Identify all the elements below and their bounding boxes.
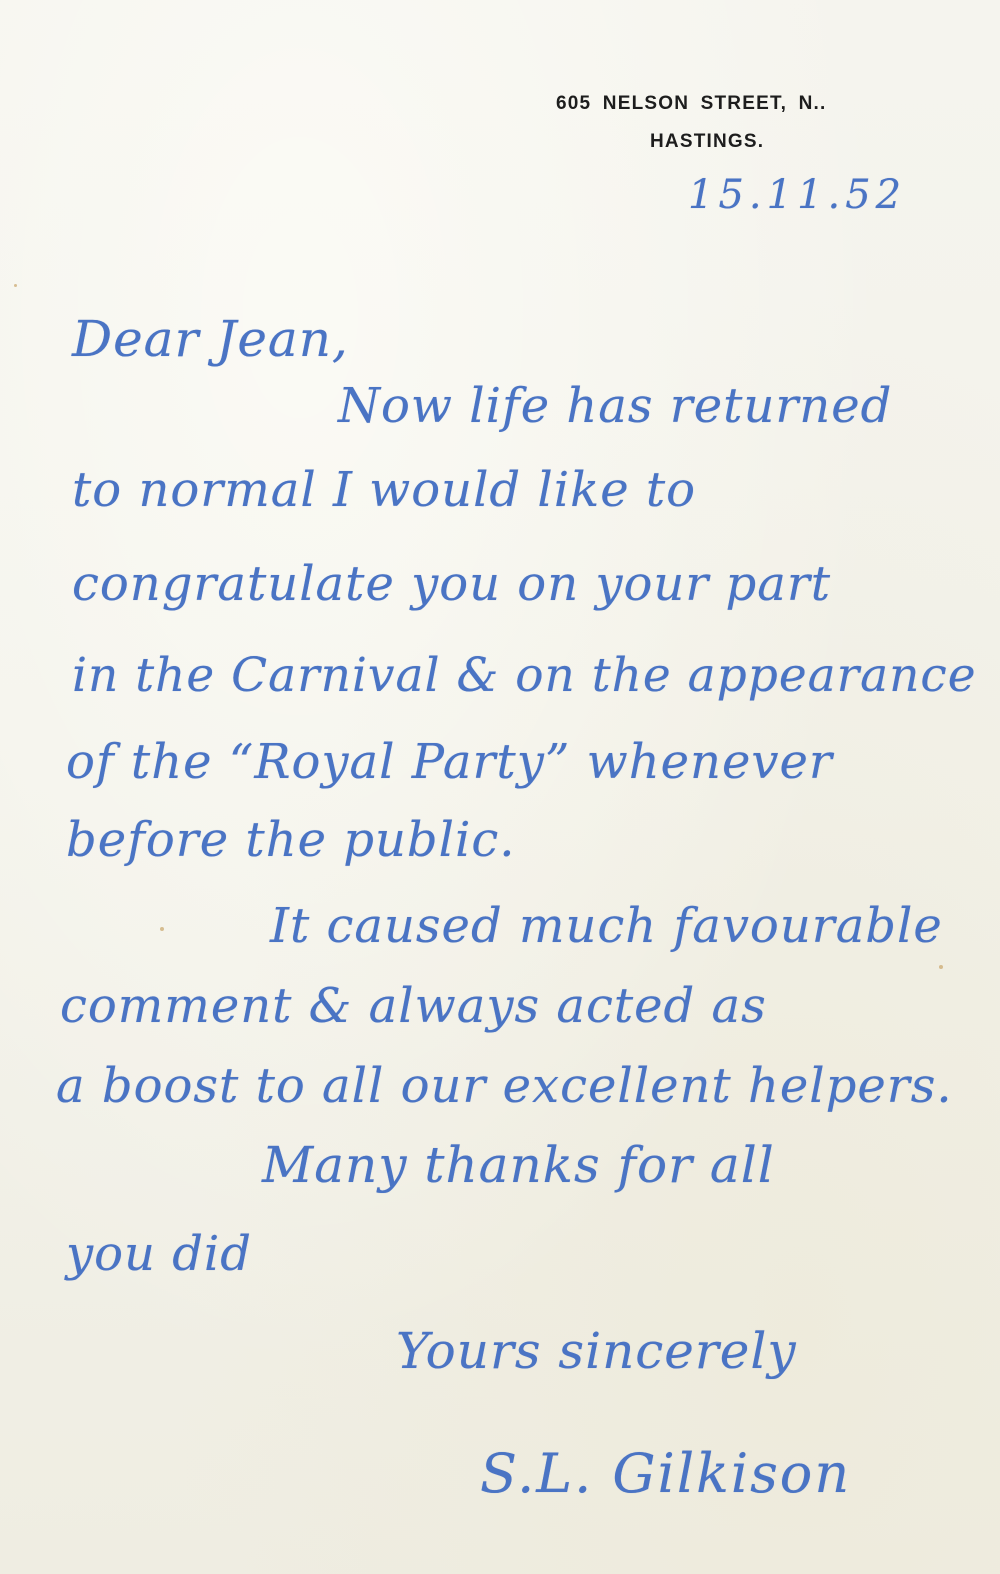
body-line: comment & always acted as	[60, 978, 767, 1034]
body-line: to normal I would like to	[72, 462, 696, 518]
body-line: in the Carnival & on the appearance	[72, 648, 977, 703]
letter-page: 605 NELSON STREET, N.. HASTINGS. 15.11.5…	[0, 0, 1000, 1574]
paper-speck	[14, 284, 17, 287]
letterhead-town: HASTINGS.	[650, 131, 764, 153]
letter-date: 15.11.52	[688, 172, 906, 218]
body-line: Many thanks for all	[262, 1136, 775, 1194]
paper-speck	[939, 965, 943, 969]
letterhead-street: 605 NELSON STREET, N..	[556, 93, 827, 115]
body-line: congratulate you on your part	[72, 556, 831, 612]
body-line: before the public.	[66, 812, 515, 868]
paper-speck	[160, 927, 164, 931]
salutation: Dear Jean,	[72, 310, 349, 368]
body-line: a boost to all our excellent helpers.	[56, 1058, 953, 1114]
body-line: of the “Royal Party” whenever	[66, 734, 833, 790]
signature: S.L. Gilkison	[480, 1442, 851, 1505]
body-line: It caused much favourable	[270, 898, 943, 954]
body-line: Now life has returned	[338, 378, 892, 434]
closing: Yours sincerely	[396, 1322, 797, 1380]
body-line: you did	[66, 1226, 252, 1282]
